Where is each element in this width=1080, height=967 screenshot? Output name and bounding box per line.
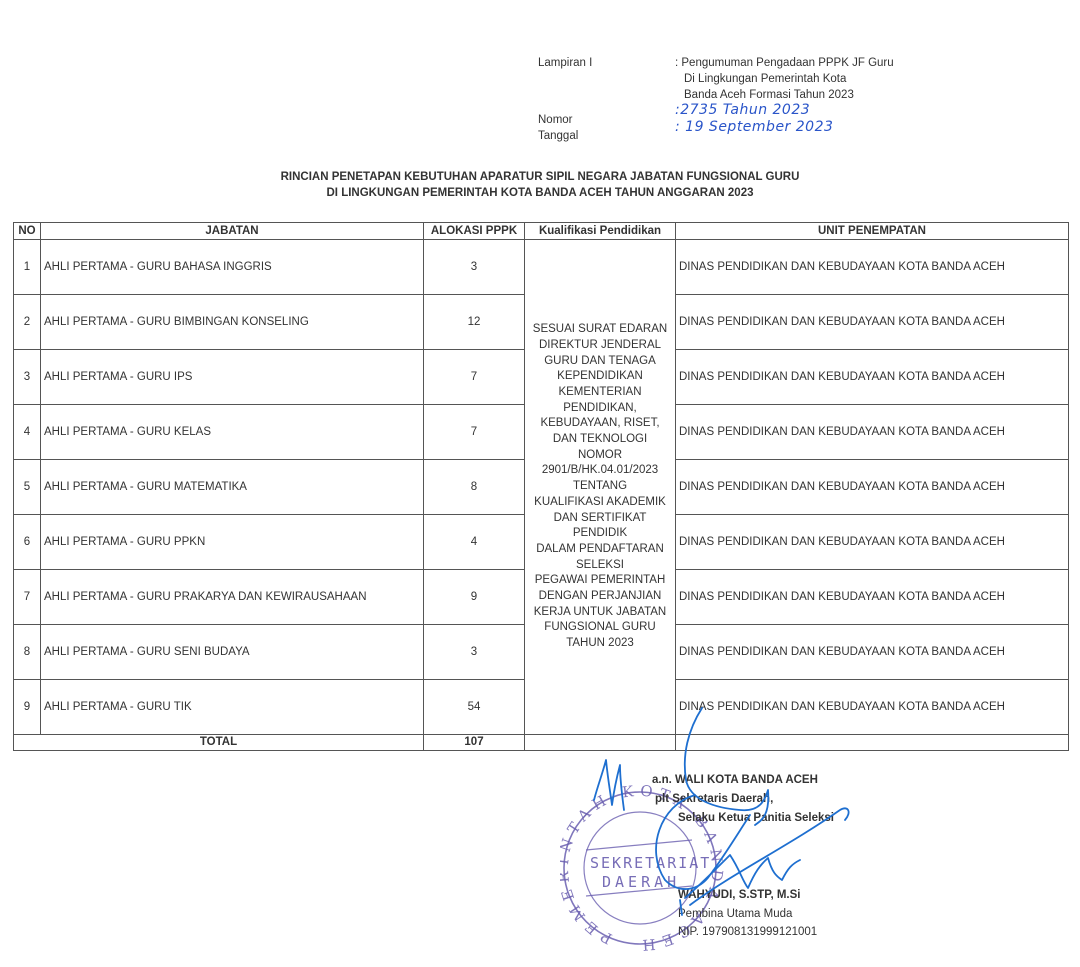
cell-no: 7 (14, 570, 41, 625)
cell-alokasi: 7 (424, 350, 525, 405)
handwritten-signature-icon (590, 640, 890, 940)
lampiran-value-line-2: Di Lingkungan Pemerintah Kota (684, 73, 846, 85)
cell-unit: DINAS PENDIDIKAN DAN KEBUDAYAAN KOTA BAN… (676, 295, 1069, 350)
column-header-kualifikasi: Kualifikasi Pendidikan (525, 223, 676, 240)
kualifikasi-line: TENTANG (525, 479, 675, 495)
tanggal-value: : 19 September 2023 (675, 119, 833, 135)
cell-no: 1 (14, 240, 41, 295)
cell-no: 8 (14, 625, 41, 680)
cell-alokasi: 54 (424, 680, 525, 735)
kualifikasi-line: FUNGSIONAL GURU (525, 620, 675, 636)
nomor-value: :2735 Tahun 2023 (675, 102, 810, 118)
lampiran-value-line-1: : Pengumuman Pengadaan PPPK JF Guru (675, 57, 894, 69)
cell-jabatan: AHLI PERTAMA - GURU BAHASA INGGRIS (41, 240, 424, 295)
cell-no: 6 (14, 515, 41, 570)
cell-alokasi: 8 (424, 460, 525, 515)
cell-alokasi: 7 (424, 405, 525, 460)
cell-unit: DINAS PENDIDIKAN DAN KEBUDAYAAN KOTA BAN… (676, 240, 1069, 295)
kualifikasi-line: NOMOR (525, 448, 675, 464)
kualifikasi-line: SESUAI SURAT EDARAN (525, 322, 675, 338)
cell-jabatan: AHLI PERTAMA - GURU SENI BUDAYA (41, 625, 424, 680)
kualifikasi-line: KEBUDAYAAN, RISET, (525, 416, 675, 432)
cell-alokasi: 3 (424, 625, 525, 680)
cell-unit: DINAS PENDIDIKAN DAN KEBUDAYAAN KOTA BAN… (676, 515, 1069, 570)
cell-jabatan: AHLI PERTAMA - GURU BIMBINGAN KONSELING (41, 295, 424, 350)
tanggal-label: Tanggal (538, 130, 578, 142)
kualifikasi-line: KERJA UNTUK JABATAN (525, 605, 675, 621)
cell-alokasi: 9 (424, 570, 525, 625)
document-title-line-2: DI LINGKUNGAN PEMERINTAH KOTA BANDA ACEH… (0, 185, 1080, 201)
kualifikasi-line: KEMENTERIAN (525, 385, 675, 401)
document-title-line-1: RINCIAN PENETAPAN KEBUTUHAN APARATUR SIP… (0, 169, 1080, 185)
table-row: 1 AHLI PERTAMA - GURU BAHASA INGGRIS 3 S… (14, 240, 1069, 295)
column-header-jabatan: JABATAN (41, 223, 424, 240)
formation-table: NO JABATAN ALOKASI PPPK Kualifikasi Pend… (13, 222, 1069, 751)
table-header-row: NO JABATAN ALOKASI PPPK Kualifikasi Pend… (14, 223, 1069, 240)
kualifikasi-line: DIREKTUR JENDERAL (525, 338, 675, 354)
kualifikasi-line: KUALIFIKASI AKADEMIK (525, 495, 675, 511)
column-header-alokasi: ALOKASI PPPK (424, 223, 525, 240)
cell-no: 5 (14, 460, 41, 515)
kualifikasi-line: DAN TEKNOLOGI (525, 432, 675, 448)
cell-no: 3 (14, 350, 41, 405)
kualifikasi-line: SELEKSI (525, 558, 675, 574)
cell-alokasi: 12 (424, 295, 525, 350)
column-header-no: NO (14, 223, 41, 240)
cell-jabatan: AHLI PERTAMA - GURU IPS (41, 350, 424, 405)
kualifikasi-line: KEPENDIDIKAN (525, 369, 675, 385)
kualifikasi-line: PEGAWAI PEMERINTAH (525, 573, 675, 589)
total-row: TOTAL 107 (14, 735, 1069, 751)
total-label: TOTAL (14, 735, 424, 751)
cell-jabatan: AHLI PERTAMA - GURU MATEMATIKA (41, 460, 424, 515)
kualifikasi-line: PENDIDIKAN, (525, 401, 675, 417)
cell-unit: DINAS PENDIDIKAN DAN KEBUDAYAAN KOTA BAN… (676, 405, 1069, 460)
kualifikasi-line: DAN SERTIFIKAT (525, 511, 675, 527)
kualifikasi-line: 2901/B/HK.04.01/2023 (525, 463, 675, 479)
kualifikasi-line: DALAM PENDAFTARAN (525, 542, 675, 558)
kualifikasi-line: DENGAN PERJANJIAN (525, 589, 675, 605)
cell-unit: DINAS PENDIDIKAN DAN KEBUDAYAAN KOTA BAN… (676, 460, 1069, 515)
cell-no: 2 (14, 295, 41, 350)
cell-unit: DINAS PENDIDIKAN DAN KEBUDAYAAN KOTA BAN… (676, 570, 1069, 625)
column-header-unit: UNIT PENEMPATAN (676, 223, 1069, 240)
kualifikasi-line: PENDIDIK (525, 526, 675, 542)
cell-no: 4 (14, 405, 41, 460)
kualifikasi-line: GURU DAN TENAGA (525, 354, 675, 370)
lampiran-value-line-3: Banda Aceh Formasi Tahun 2023 (684, 89, 854, 101)
cell-alokasi: 3 (424, 240, 525, 295)
cell-jabatan: AHLI PERTAMA - GURU PPKN (41, 515, 424, 570)
cell-no: 9 (14, 680, 41, 735)
cell-jabatan: AHLI PERTAMA - GURU KELAS (41, 405, 424, 460)
lampiran-label: Lampiran I (538, 57, 592, 69)
cell-jabatan: AHLI PERTAMA - GURU PRAKARYA DAN KEWIRAU… (41, 570, 424, 625)
nomor-label: Nomor (538, 114, 573, 126)
cell-unit: DINAS PENDIDIKAN DAN KEBUDAYAAN KOTA BAN… (676, 350, 1069, 405)
cell-jabatan: AHLI PERTAMA - GURU TIK (41, 680, 424, 735)
total-value: 107 (424, 735, 525, 751)
cell-alokasi: 4 (424, 515, 525, 570)
